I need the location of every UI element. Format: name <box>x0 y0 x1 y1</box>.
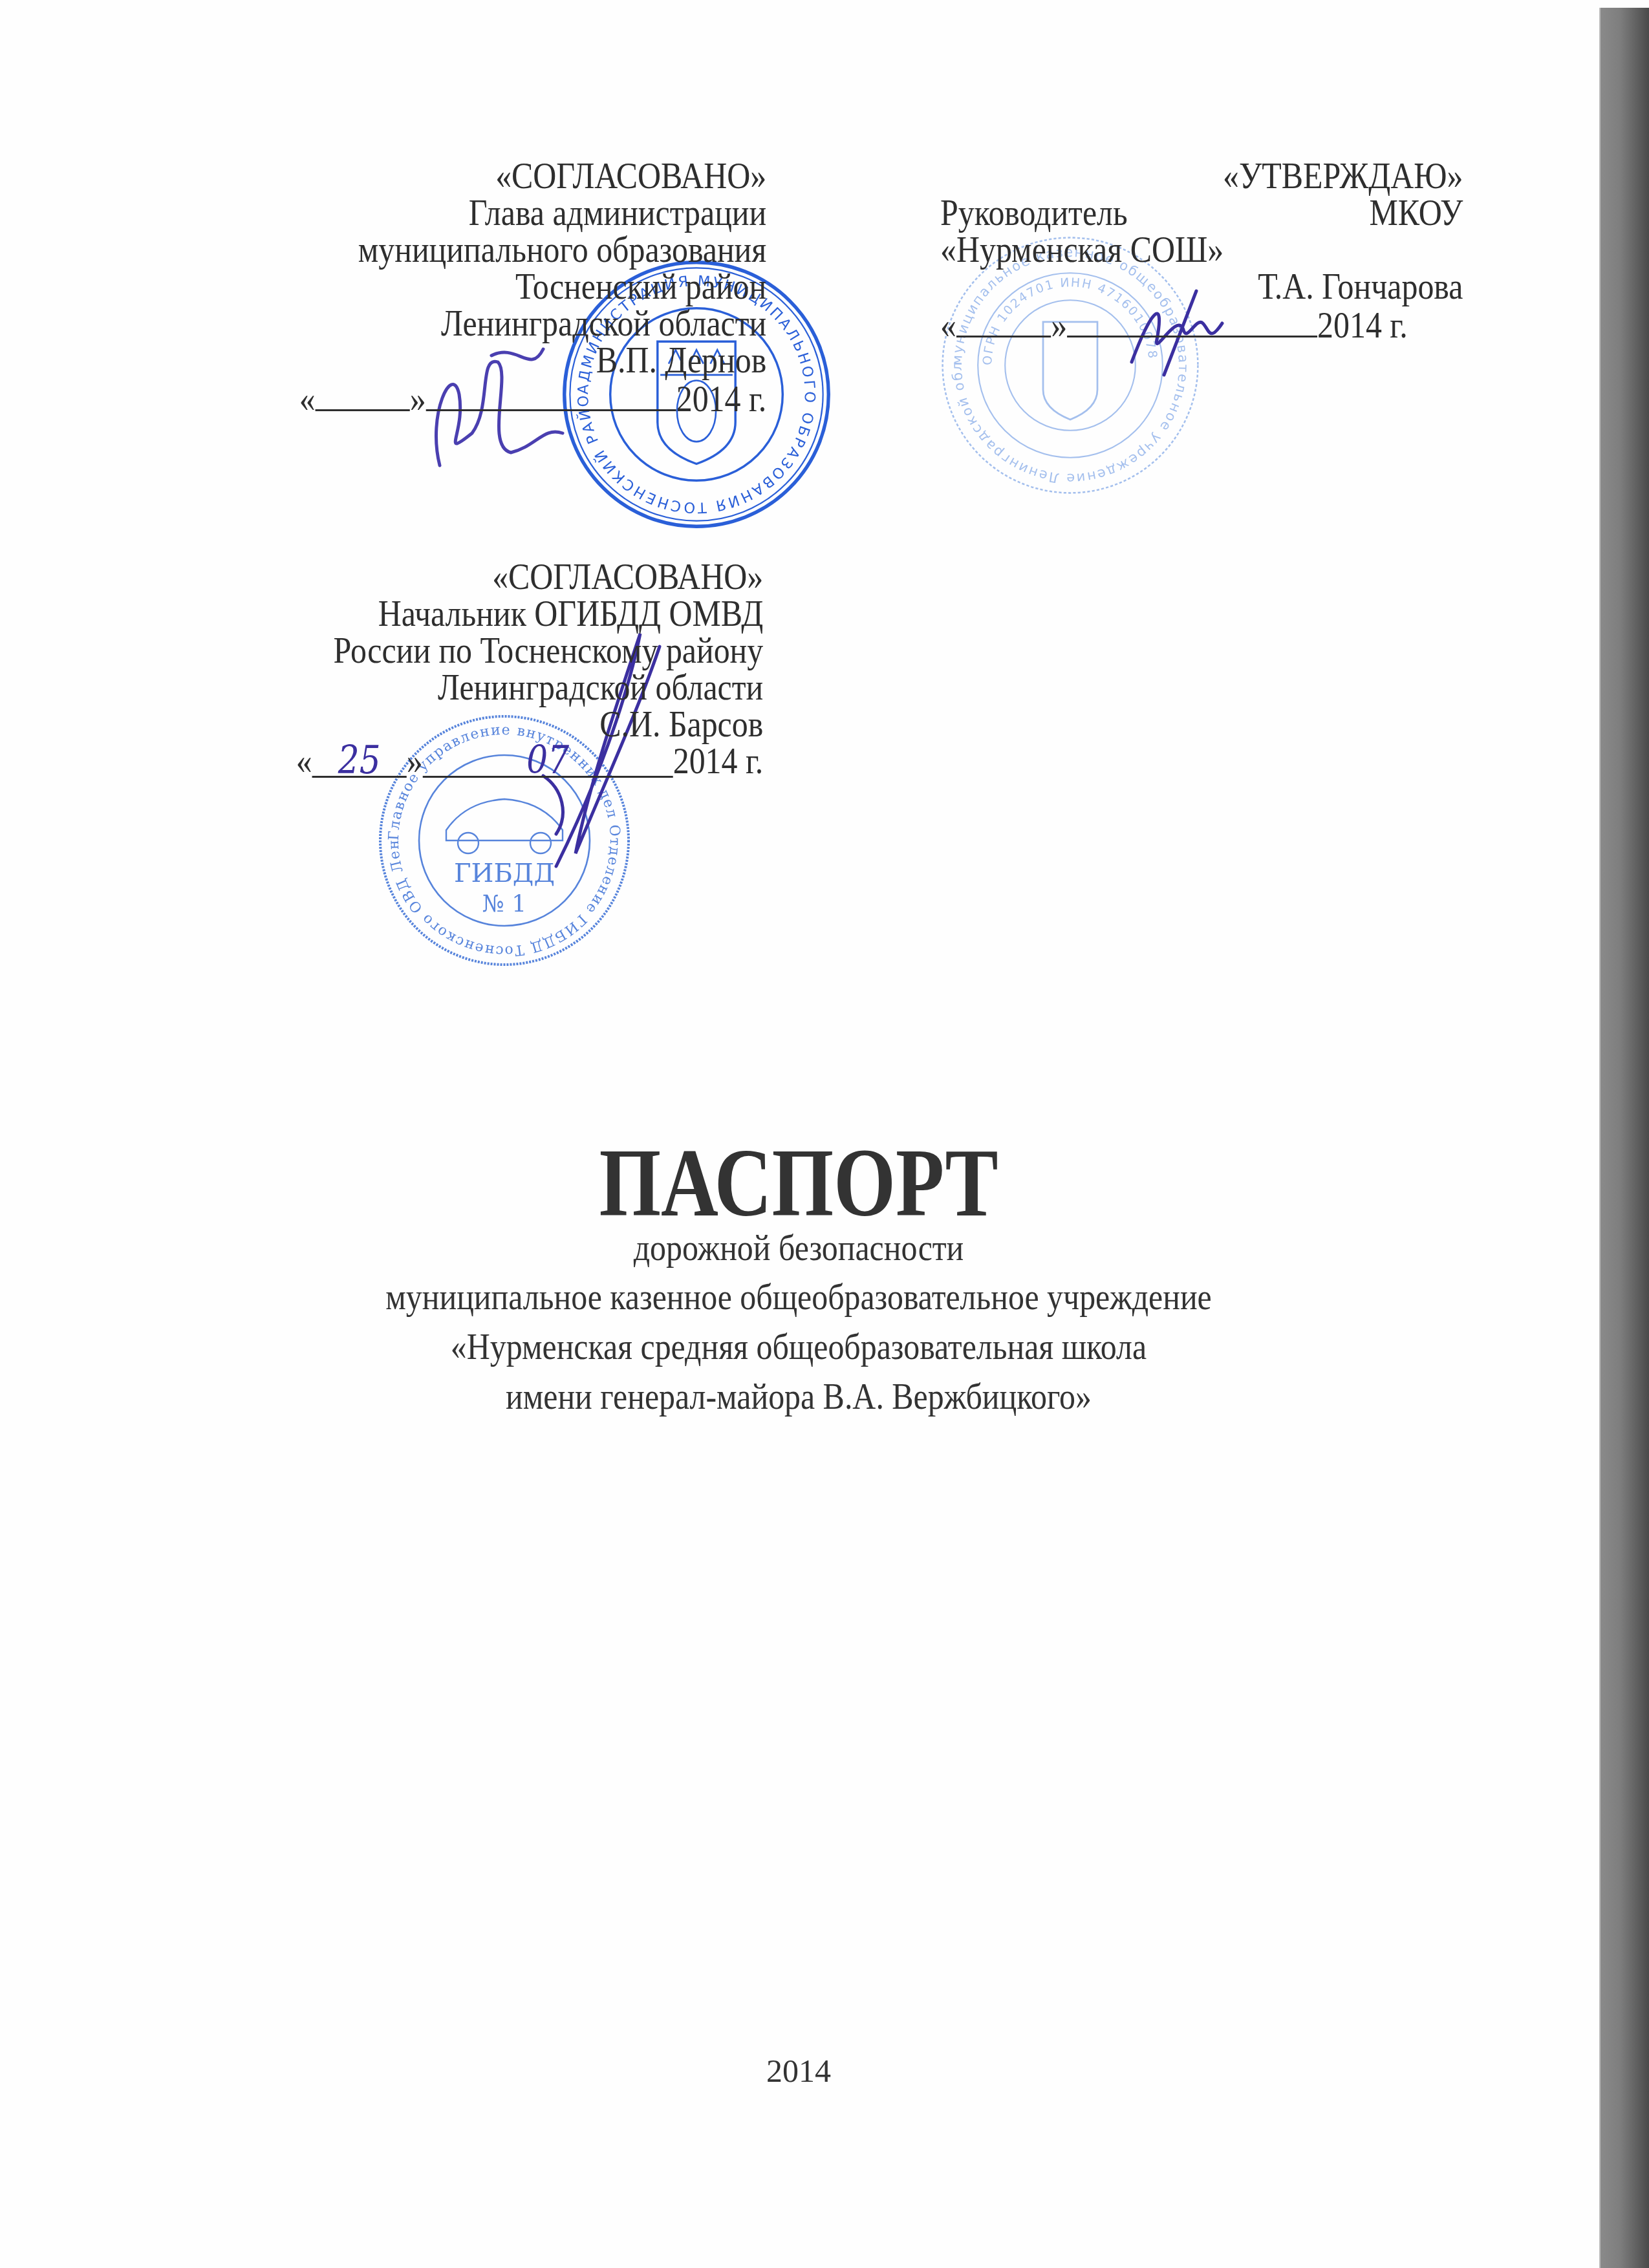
institution-type: муниципальное казенное общеобразовательн… <box>112 1278 1485 1316</box>
agreed-gibdd-block: «СОГЛАСОВАНО» Начальник ОГИБДД ОМВД Росс… <box>296 558 763 779</box>
date-day-field <box>315 378 409 411</box>
date-year: 2014 г. <box>676 378 766 420</box>
date-day-field <box>956 305 1051 337</box>
approve-date: «»2014 г. <box>940 305 1463 343</box>
svg-text:№ 1: № 1 <box>482 891 526 917</box>
agreed-gibdd-line: Ленинградской области <box>296 669 763 705</box>
institution-name: «Нурменская средняя общеобразовательная … <box>112 1327 1485 1366</box>
quote-open: « <box>296 740 312 782</box>
quote-close: » <box>407 740 423 782</box>
quote-close: » <box>1051 304 1067 346</box>
agreed-gibdd-date: «25»072014 г. <box>296 742 763 779</box>
institution-name-cont: имени генерал-майора В.А. Вержбицкого» <box>112 1377 1485 1416</box>
scanner-edge-shadow <box>1599 8 1649 2268</box>
agreed-gibdd-heading: «СОГЛАСОВАНО» <box>296 558 763 595</box>
document-year: 2014 <box>0 2055 1597 2087</box>
date-month-field: 07 <box>422 745 673 778</box>
date-month-field <box>426 378 676 411</box>
agreed-gibdd-signer: С.И. Барсов <box>296 705 763 742</box>
quote-open: « <box>940 304 956 346</box>
agreed-admin-signer: В.П. Дернов <box>299 341 766 378</box>
date-month-field <box>1067 305 1317 337</box>
approve-heading: «УТВЕРЖДАЮ» <box>940 157 1463 194</box>
agreed-admin-line: муниципального образования <box>299 231 766 268</box>
date-year: 2014 г. <box>673 740 763 782</box>
agreed-admin-block: «СОГЛАСОВАНО» Глава администрации муници… <box>299 157 766 417</box>
approve-block: «УТВЕРЖДАЮ» Руководитель МКОУ «Нурменска… <box>940 157 1463 343</box>
document-subtitle: дорожной безопасности <box>112 1228 1485 1267</box>
agreed-admin-line: Ленинградской области <box>299 305 766 341</box>
date-year: 2014 г. <box>1317 304 1408 346</box>
agreed-admin-heading: «СОГЛАСОВАНО» <box>299 157 766 194</box>
agreed-admin-date: «»2014 г. <box>299 378 766 417</box>
quote-open: « <box>299 378 315 420</box>
approve-signer: Т.А. Гончарова <box>940 268 1463 305</box>
svg-text:ГИБДД: ГИБДД <box>454 859 555 888</box>
approve-role-right: МКОУ <box>1369 194 1463 231</box>
agreed-gibdd-line: России по Тосненскому району <box>296 632 763 669</box>
approve-org: «Нурменская СОШ» <box>940 231 1463 268</box>
agreed-admin-line: Глава администрации <box>299 194 766 231</box>
agreed-admin-line: Тосненский район <box>299 268 766 305</box>
agreed-gibdd-line: Начальник ОГИБДД ОМВД <box>296 595 763 632</box>
date-day-field: 25 <box>312 745 406 778</box>
quote-close: » <box>410 378 426 420</box>
approve-role: Руководитель МКОУ <box>940 194 1463 231</box>
approve-role-left: Руководитель <box>940 194 1128 231</box>
document-title: ПАСПОРТ <box>144 1135 1453 1232</box>
